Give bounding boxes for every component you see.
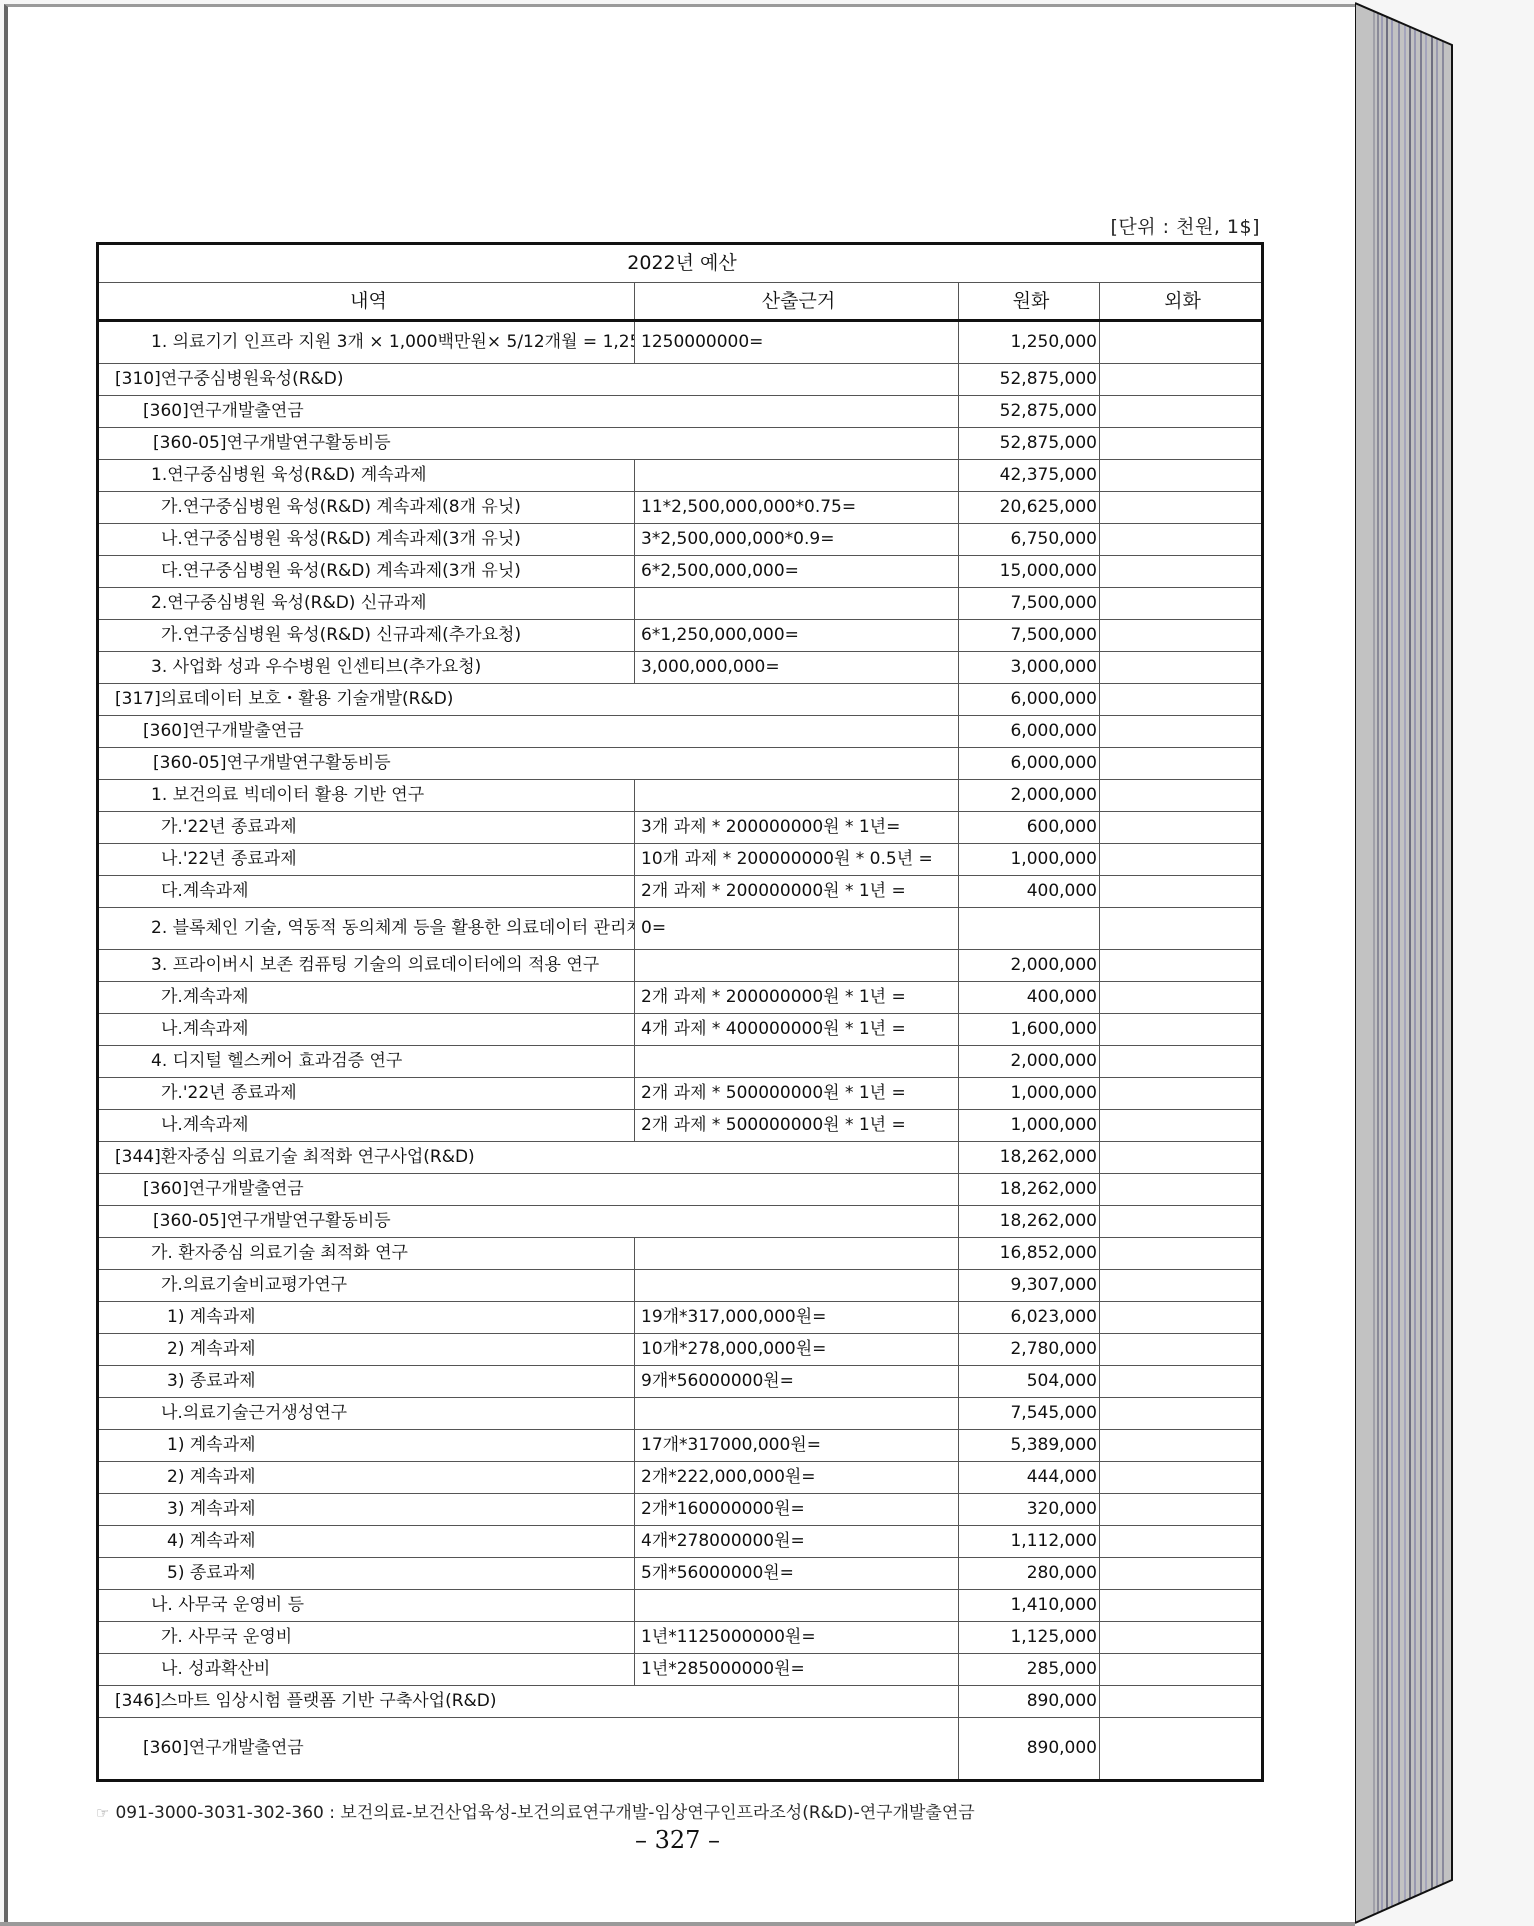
table-row: 2. 블록체인 기술, 역동적 동의체계 등을 활용한 의료데이터 관리체계 연… (98, 908, 1263, 950)
section-label: [360-05]연구개발연구활동비등 (98, 428, 959, 460)
item-label: 가.연구중심병원 육성(R&D) 신규과제(추가요청) (98, 620, 635, 652)
krw-amount: 52,875,000 (959, 428, 1100, 460)
table-row: 3. 프라이버시 보존 컴퓨팅 기술의 의료데이터에의 적용 연구2,000,0… (98, 950, 1263, 982)
krw-amount: 52,875,000 (959, 396, 1100, 428)
calculation-basis: 19개*317,000,000원= (635, 1302, 959, 1334)
table-row: 나. 사무국 운영비 등1,410,000 (98, 1590, 1263, 1622)
foreign-amount (1100, 1334, 1263, 1366)
table-row: 가.연구중심병원 육성(R&D) 계속과제(8개 유닛)11*2,500,000… (98, 492, 1263, 524)
item-label: 나.'22년 종료과제 (98, 844, 635, 876)
krw-amount: 9,307,000 (959, 1270, 1100, 1302)
krw-amount: 1,000,000 (959, 1078, 1100, 1110)
item-label: 가. 사무국 운영비 (98, 1622, 635, 1654)
table-row: 4) 계속과제4개*278000000원=1,112,000 (98, 1526, 1263, 1558)
item-label: 나.의료기술근거생성연구 (98, 1398, 635, 1430)
calculation-basis: 4개*278000000원= (635, 1526, 959, 1558)
section-row: [360-05]연구개발연구활동비등52,875,000 (98, 428, 1263, 460)
foreign-amount (1100, 1206, 1263, 1238)
calculation-basis (635, 1238, 959, 1270)
foreign-amount (1100, 492, 1263, 524)
table-row: 가. 사무국 운영비1년*1125000000원=1,125,000 (98, 1622, 1263, 1654)
table-row: 나.의료기술근거생성연구7,545,000 (98, 1398, 1263, 1430)
section-label: [360]연구개발출연금 (98, 1174, 959, 1206)
calculation-basis (635, 1590, 959, 1622)
foreign-amount (1100, 1046, 1263, 1078)
foreign-amount (1100, 780, 1263, 812)
table-row: 3) 계속과제2개*160000000원=320,000 (98, 1494, 1263, 1526)
krw-amount: 320,000 (959, 1494, 1100, 1526)
section-label: [360-05]연구개발연구활동비등 (98, 1206, 959, 1238)
section-row: [360]연구개발출연금6,000,000 (98, 716, 1263, 748)
calculation-basis: 11*2,500,000,000*0.75= (635, 492, 959, 524)
foreign-amount (1100, 1494, 1263, 1526)
calculation-basis: 3*2,500,000,000*0.9= (635, 524, 959, 556)
foreign-amount (1100, 982, 1263, 1014)
table-row: 2.연구중심병원 육성(R&D) 신규과제7,500,000 (98, 588, 1263, 620)
table-row: 1) 계속과제19개*317,000,000원=6,023,000 (98, 1302, 1263, 1334)
table-row: 1. 의료기기 인프라 지원 3개 × 1,000백만원× 5/12개월 = 1… (98, 321, 1263, 364)
section-label: [360]연구개발출연금 (98, 716, 959, 748)
item-label: 5) 종료과제 (98, 1558, 635, 1590)
foreign-amount (1100, 1654, 1263, 1686)
section-row: [310]연구중심병원육성(R&D)52,875,000 (98, 364, 1263, 396)
foreign-amount (1100, 876, 1263, 908)
table-row: 5) 종료과제5개*56000000원=280,000 (98, 1558, 1263, 1590)
krw-amount: 20,625,000 (959, 492, 1100, 524)
calculation-basis: 1년*285000000원= (635, 1654, 959, 1686)
item-label: 가.계속과제 (98, 982, 635, 1014)
foreign-amount (1100, 1014, 1263, 1046)
calculation-basis: 2개 과제 * 500000000원 * 1년 = (635, 1078, 959, 1110)
foreign-amount (1100, 748, 1263, 780)
table-row: 다.계속과제2개 과제 * 200000000원 * 1년 =400,000 (98, 876, 1263, 908)
calculation-basis: 6*2,500,000,000= (635, 556, 959, 588)
item-label: 2) 계속과제 (98, 1334, 635, 1366)
item-label: 나.계속과제 (98, 1014, 635, 1046)
table-row: 1. 보건의료 빅데이터 활용 기반 연구2,000,000 (98, 780, 1263, 812)
krw-amount: 285,000 (959, 1654, 1100, 1686)
section-label: [310]연구중심병원육성(R&D) (98, 364, 959, 396)
krw-amount: 890,000 (959, 1686, 1100, 1718)
foreign-amount (1100, 1398, 1263, 1430)
calculation-basis: 3개 과제 * 200000000원 * 1년= (635, 812, 959, 844)
krw-amount: 1,000,000 (959, 1110, 1100, 1142)
budget-code-footnote: ☞091-3000-3031-302-360 : 보건의료-보건산업육성-보건의… (96, 1798, 975, 1823)
foreign-amount (1100, 1558, 1263, 1590)
section-label: [317]의료데이터 보호・활용 기술개발(R&D) (98, 684, 959, 716)
table-row: 3. 사업화 성과 우수병원 인센티브(추가요청)3,000,000,000=3… (98, 652, 1263, 684)
foreign-amount (1100, 950, 1263, 982)
header-krw: 원화 (959, 283, 1100, 321)
krw-amount: 6,750,000 (959, 524, 1100, 556)
krw-amount: 15,000,000 (959, 556, 1100, 588)
foreign-amount (1100, 428, 1263, 460)
krw-amount: 444,000 (959, 1462, 1100, 1494)
calculation-basis: 2개 과제 * 200000000원 * 1년 = (635, 982, 959, 1014)
header-foreign-currency: 외화 (1100, 283, 1263, 321)
krw-amount: 1,125,000 (959, 1622, 1100, 1654)
krw-amount: 6,000,000 (959, 716, 1100, 748)
section-row: [360-05]연구개발연구활동비등18,262,000 (98, 1206, 1263, 1238)
foreign-amount (1100, 524, 1263, 556)
table-row: 1) 계속과제17개*317000,000원=5,389,000 (98, 1430, 1263, 1462)
foreign-amount (1100, 556, 1263, 588)
calculation-basis: 0= (635, 908, 959, 950)
item-label: 4) 계속과제 (98, 1526, 635, 1558)
item-label: 다.계속과제 (98, 876, 635, 908)
item-label: 4. 디지털 헬스케어 효과검증 연구 (98, 1046, 635, 1078)
krw-amount: 504,000 (959, 1366, 1100, 1398)
krw-amount: 52,875,000 (959, 364, 1100, 396)
foreign-amount (1100, 1270, 1263, 1302)
item-label: 다.연구중심병원 육성(R&D) 계속과제(3개 유닛) (98, 556, 635, 588)
foreign-amount (1100, 684, 1263, 716)
calculation-basis: 6*1,250,000,000= (635, 620, 959, 652)
krw-amount: 18,262,000 (959, 1174, 1100, 1206)
page-bottom-edge (0, 1922, 1355, 1926)
table-header-row: 내역 산출근거 원화 외화 (98, 283, 1263, 321)
calculation-basis (635, 1046, 959, 1078)
foreign-amount (1100, 321, 1263, 364)
krw-amount: 1,250,000 (959, 321, 1100, 364)
item-label: 가.연구중심병원 육성(R&D) 계속과제(8개 유닛) (98, 492, 635, 524)
calculation-basis (635, 1270, 959, 1302)
item-label: 가.'22년 종료과제 (98, 1078, 635, 1110)
krw-amount: 600,000 (959, 812, 1100, 844)
section-row: [360]연구개발출연금18,262,000 (98, 1174, 1263, 1206)
foreign-amount (1100, 1174, 1263, 1206)
item-label: 3. 프라이버시 보존 컴퓨팅 기술의 의료데이터에의 적용 연구 (98, 950, 635, 982)
section-label: [360]연구개발출연금 (98, 1718, 959, 1781)
krw-amount: 5,389,000 (959, 1430, 1100, 1462)
calculation-basis: 2개*222,000,000원= (635, 1462, 959, 1494)
header-calculation-basis: 산출근거 (635, 283, 959, 321)
krw-amount: 1,000,000 (959, 844, 1100, 876)
section-label: [360]연구개발출연금 (98, 396, 959, 428)
table-row: 나. 성과확산비1년*285000000원=285,000 (98, 1654, 1263, 1686)
foreign-amount (1100, 1142, 1263, 1174)
foreign-amount (1100, 588, 1263, 620)
page-stack-edge (1355, 0, 1455, 1926)
table-row: 4. 디지털 헬스케어 효과검증 연구2,000,000 (98, 1046, 1263, 1078)
foreign-amount (1100, 652, 1263, 684)
section-row: [344]환자중심 의료기술 최적화 연구사업(R&D)18,262,000 (98, 1142, 1263, 1174)
calculation-basis: 2개 과제 * 500000000원 * 1년 = (635, 1110, 959, 1142)
section-label: [344]환자중심 의료기술 최적화 연구사업(R&D) (98, 1142, 959, 1174)
calculation-basis: 4개 과제 * 400000000원 * 1년 = (635, 1014, 959, 1046)
item-label: 3. 사업화 성과 우수병원 인센티브(추가요청) (98, 652, 635, 684)
item-label: 1) 계속과제 (98, 1430, 635, 1462)
foreign-amount (1100, 1590, 1263, 1622)
krw-amount: 2,000,000 (959, 950, 1100, 982)
page-number: – 327 – (0, 1826, 1355, 1854)
item-label: 가. 환자중심 의료기술 최적화 연구 (98, 1238, 635, 1270)
table-row: 나.계속과제2개 과제 * 500000000원 * 1년 =1,000,000 (98, 1110, 1263, 1142)
calculation-basis (635, 780, 959, 812)
krw-amount: 18,262,000 (959, 1206, 1100, 1238)
calculation-basis (635, 588, 959, 620)
krw-amount: 6,000,000 (959, 748, 1100, 780)
krw-amount: 16,852,000 (959, 1238, 1100, 1270)
table-row: 2) 계속과제10개*278,000,000원=2,780,000 (98, 1334, 1263, 1366)
krw-amount: 7,545,000 (959, 1398, 1100, 1430)
item-label: 가.의료기술비교평가연구 (98, 1270, 635, 1302)
krw-amount: 890,000 (959, 1718, 1100, 1781)
table-row: 3) 종료과제9개*56000000원=504,000 (98, 1366, 1263, 1398)
foreign-amount (1100, 620, 1263, 652)
calculation-basis (635, 950, 959, 982)
krw-amount: 3,000,000 (959, 652, 1100, 684)
foreign-amount (1100, 716, 1263, 748)
foreign-amount (1100, 1462, 1263, 1494)
section-row: [360]연구개발출연금890,000 (98, 1718, 1263, 1781)
table-row: 나.연구중심병원 육성(R&D) 계속과제(3개 유닛)3*2,500,000,… (98, 524, 1263, 556)
foreign-amount (1100, 1302, 1263, 1334)
item-label: 1.연구중심병원 육성(R&D) 계속과제 (98, 460, 635, 492)
table-row: 가.'22년 종료과제2개 과제 * 500000000원 * 1년 =1,00… (98, 1078, 1263, 1110)
foreign-amount (1100, 844, 1263, 876)
table-row: 나.'22년 종료과제10개 과제 * 200000000원 * 0.5년 =1… (98, 844, 1263, 876)
krw-amount: 400,000 (959, 876, 1100, 908)
table-row: 가.연구중심병원 육성(R&D) 신규과제(추가요청)6*1,250,000,0… (98, 620, 1263, 652)
budget-table: 2022년 예산 내역 산출근거 원화 외화 1. 의료기기 인프라 지원 3개… (96, 242, 1264, 1782)
item-label: 1) 계속과제 (98, 1302, 635, 1334)
calculation-basis: 9개*56000000원= (635, 1366, 959, 1398)
table-row: 가.의료기술비교평가연구9,307,000 (98, 1270, 1263, 1302)
krw-amount: 1,410,000 (959, 1590, 1100, 1622)
header-description: 내역 (98, 283, 635, 321)
item-label: 2. 블록체인 기술, 역동적 동의체계 등을 활용한 의료데이터 관리체계 연… (98, 908, 635, 950)
foreign-amount (1100, 908, 1263, 950)
foreign-amount (1100, 1686, 1263, 1718)
krw-amount: 6,023,000 (959, 1302, 1100, 1334)
item-label: 나.계속과제 (98, 1110, 635, 1142)
section-label: [360-05]연구개발연구활동비등 (98, 748, 959, 780)
item-label: 나. 성과확산비 (98, 1654, 635, 1686)
item-label: 1. 의료기기 인프라 지원 3개 × 1,000백만원× 5/12개월 = 1… (98, 321, 635, 364)
krw-amount: 6,000,000 (959, 684, 1100, 716)
item-label: 3) 계속과제 (98, 1494, 635, 1526)
calculation-basis (635, 1398, 959, 1430)
item-label: 나. 사무국 운영비 등 (98, 1590, 635, 1622)
foreign-amount (1100, 812, 1263, 844)
foreign-amount (1100, 1718, 1263, 1781)
krw-amount: 2,000,000 (959, 1046, 1100, 1078)
krw-amount (959, 908, 1100, 950)
foreign-amount (1100, 1366, 1263, 1398)
foreign-amount (1100, 364, 1263, 396)
item-label: 3) 종료과제 (98, 1366, 635, 1398)
krw-amount: 7,500,000 (959, 620, 1100, 652)
krw-amount: 400,000 (959, 982, 1100, 1014)
calculation-basis: 17개*317000,000원= (635, 1430, 959, 1462)
section-label: [346]스마트 임상시험 플랫폼 기반 구축사업(R&D) (98, 1686, 959, 1718)
foreign-amount (1100, 396, 1263, 428)
foreign-amount (1100, 1430, 1263, 1462)
foreign-amount (1100, 1078, 1263, 1110)
table-row: 가.'22년 종료과제3개 과제 * 200000000원 * 1년=600,0… (98, 812, 1263, 844)
krw-amount: 2,000,000 (959, 780, 1100, 812)
table-row: 나.계속과제4개 과제 * 400000000원 * 1년 =1,600,000 (98, 1014, 1263, 1046)
calculation-basis: 5개*56000000원= (635, 1558, 959, 1590)
table-row: 가. 환자중심 의료기술 최적화 연구16,852,000 (98, 1238, 1263, 1270)
krw-amount: 18,262,000 (959, 1142, 1100, 1174)
calculation-basis (635, 460, 959, 492)
item-label: 나.연구중심병원 육성(R&D) 계속과제(3개 유닛) (98, 524, 635, 556)
krw-amount: 280,000 (959, 1558, 1100, 1590)
budget-table-body: 1. 의료기기 인프라 지원 3개 × 1,000백만원× 5/12개월 = 1… (98, 321, 1263, 1781)
calculation-basis: 1년*1125000000원= (635, 1622, 959, 1654)
item-label: 2.연구중심병원 육성(R&D) 신규과제 (98, 588, 635, 620)
section-row: [346]스마트 임상시험 플랫폼 기반 구축사업(R&D)890,000 (98, 1686, 1263, 1718)
item-label: 2) 계속과제 (98, 1462, 635, 1494)
section-row: [360-05]연구개발연구활동비등6,000,000 (98, 748, 1263, 780)
calculation-basis: 10개*278,000,000원= (635, 1334, 959, 1366)
table-title-row: 2022년 예산 (98, 244, 1263, 283)
krw-amount: 7,500,000 (959, 588, 1100, 620)
table-row: 다.연구중심병원 육성(R&D) 계속과제(3개 유닛)6*2,500,000,… (98, 556, 1263, 588)
table-title: 2022년 예산 (98, 244, 1263, 283)
krw-amount: 2,780,000 (959, 1334, 1100, 1366)
unit-label: [단위 : 천원, 1$] (1111, 212, 1260, 239)
table-row: 가.계속과제2개 과제 * 200000000원 * 1년 =400,000 (98, 982, 1263, 1014)
foreign-amount (1100, 1238, 1263, 1270)
foreign-amount (1100, 460, 1263, 492)
calculation-basis: 10개 과제 * 200000000원 * 0.5년 = (635, 844, 959, 876)
foreign-amount (1100, 1622, 1263, 1654)
budget-code-text: 091-3000-3031-302-360 : 보건의료-보건산업육성-보건의료… (115, 1803, 974, 1823)
section-row: [317]의료데이터 보호・활용 기술개발(R&D)6,000,000 (98, 684, 1263, 716)
item-label: 1. 보건의료 빅데이터 활용 기반 연구 (98, 780, 635, 812)
krw-amount: 42,375,000 (959, 460, 1100, 492)
section-row: [360]연구개발출연금52,875,000 (98, 396, 1263, 428)
calculation-basis: 2개 과제 * 200000000원 * 1년 = (635, 876, 959, 908)
foreign-amount (1100, 1526, 1263, 1558)
calculation-basis: 3,000,000,000= (635, 652, 959, 684)
calculation-basis: 2개*160000000원= (635, 1494, 959, 1526)
krw-amount: 1,600,000 (959, 1014, 1100, 1046)
pointing-hand-icon: ☞ (96, 1804, 109, 1822)
table-row: 1.연구중심병원 육성(R&D) 계속과제42,375,000 (98, 460, 1263, 492)
item-label: 가.'22년 종료과제 (98, 812, 635, 844)
foreign-amount (1100, 1110, 1263, 1142)
calculation-basis: 1250000000= (635, 321, 959, 364)
krw-amount: 1,112,000 (959, 1526, 1100, 1558)
table-row: 2) 계속과제2개*222,000,000원=444,000 (98, 1462, 1263, 1494)
